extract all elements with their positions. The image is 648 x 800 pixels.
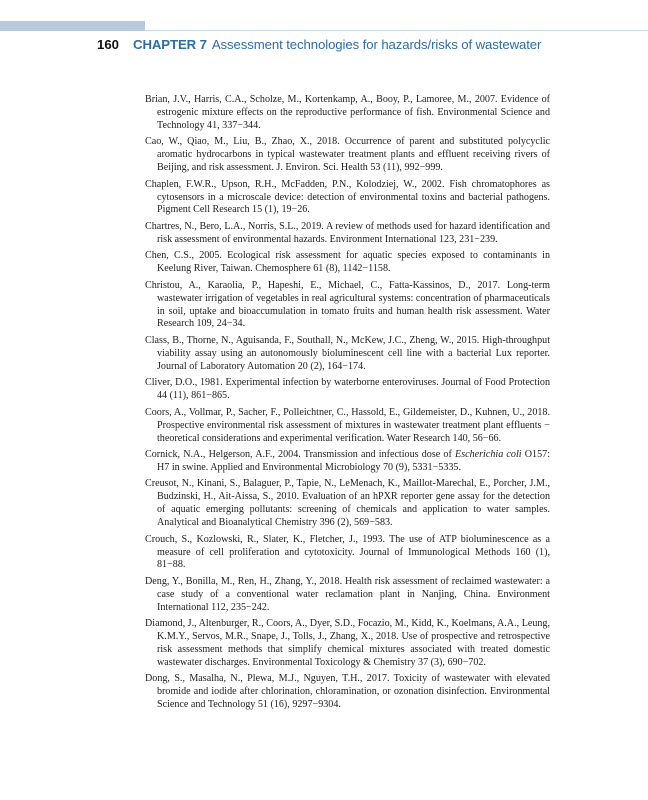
header-rule: [145, 30, 648, 31]
reference-item: Class, B., Thorne, N., Aguisanda, F., So…: [145, 335, 550, 374]
page-number: 160: [97, 37, 119, 52]
reference-item: Dong, S., Masalha, N., Plewa, M.J., Nguy…: [145, 673, 550, 712]
reference-item: Chartres, N., Bero, L.A., Norris, S.L., …: [145, 221, 550, 247]
chapter-label: CHAPTER 7: [133, 37, 207, 52]
reference-text: Cornick, N.A., Helgerson, A.F., 2004. Tr…: [145, 449, 455, 460]
reference-item: Deng, Y., Bonilla, M., Ren, H., Zhang, Y…: [145, 576, 550, 615]
reference-item: Creusot, N., Kinani, S., Balaguer, P., T…: [145, 478, 550, 530]
reference-item: Diamond, J., Altenburger, R., Coors, A.,…: [145, 618, 550, 670]
chapter-title: Assessment technologies for hazards/risk…: [212, 37, 541, 52]
reference-item: Christou, A., Karaolia, P., Hapeshi, E.,…: [145, 280, 550, 332]
reference-item: Cao, W., Qiao, M., Liu, B., Zhao, X., 20…: [145, 136, 550, 175]
reference-list: Brian, J.V., Harris, C.A., Scholze, M., …: [145, 94, 550, 716]
running-head: 160CHAPTER 7Assessment technologies for …: [97, 36, 541, 54]
reference-item: Chaplen, F.W.R., Upson, R.H., McFadden, …: [145, 179, 550, 218]
reference-item: Crouch, S., Kozlowski, R., Slater, K., F…: [145, 534, 550, 573]
species-name: Escherichia coli: [455, 449, 522, 460]
reference-item: Brian, J.V., Harris, C.A., Scholze, M., …: [145, 94, 550, 133]
reference-item: Chen, C.S., 2005. Ecological risk assess…: [145, 250, 550, 276]
reference-item: Coors, A., Vollmar, P., Sacher, F., Poll…: [145, 407, 550, 446]
reference-item: Cornick, N.A., Helgerson, A.F., 2004. Tr…: [145, 449, 550, 475]
reference-item: Cliver, D.O., 1981. Experimental infecti…: [145, 377, 550, 403]
header-accent-bar: [0, 21, 145, 31]
